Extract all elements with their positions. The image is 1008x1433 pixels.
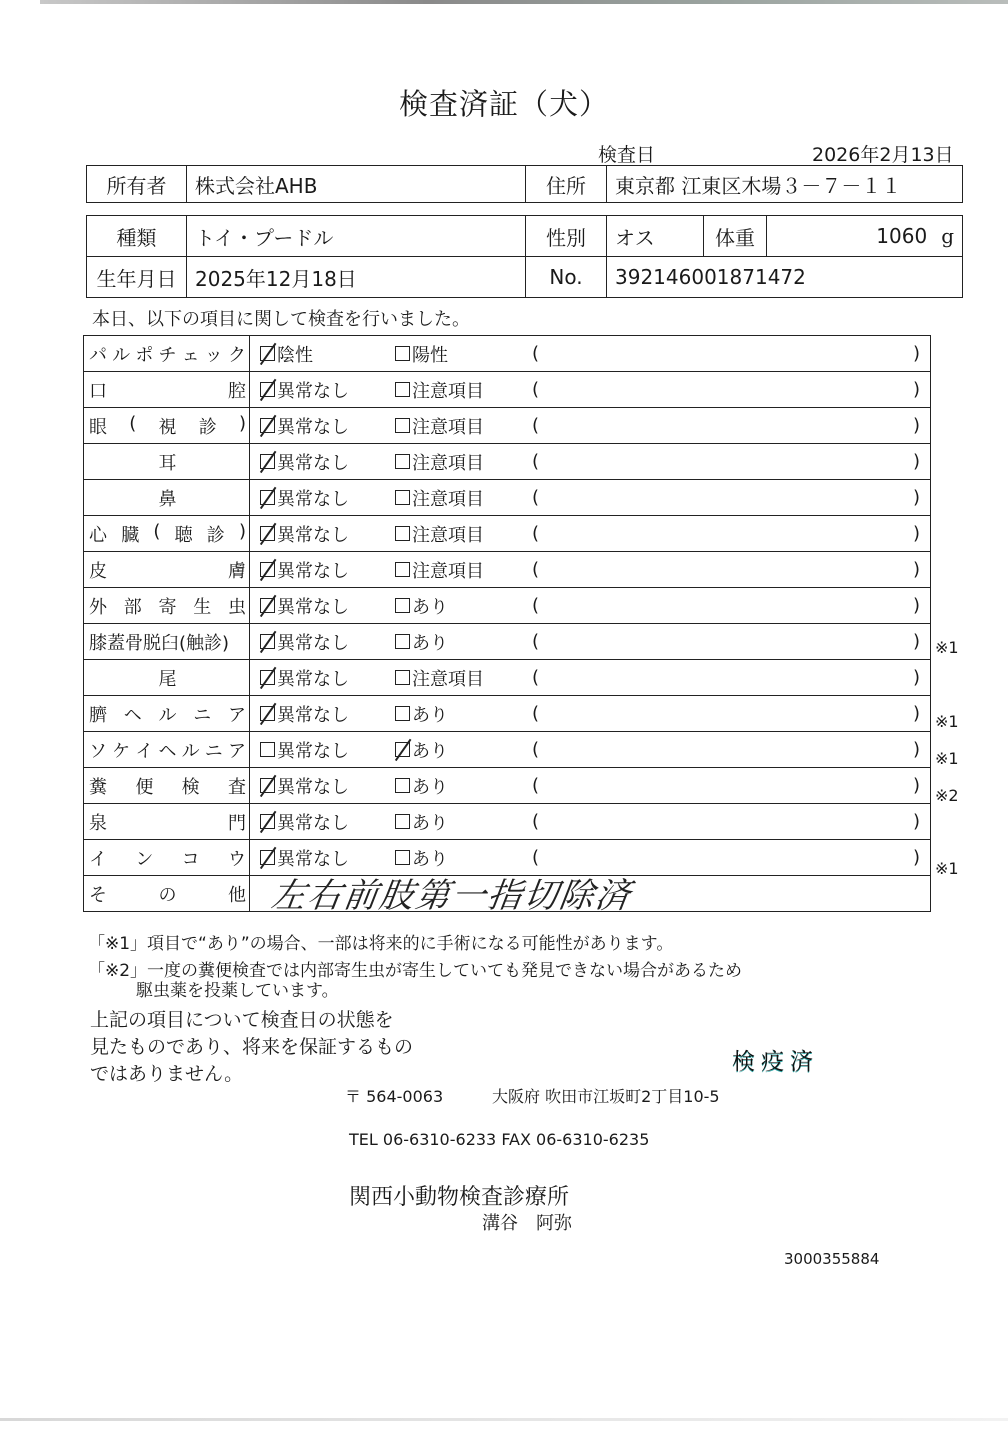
option-normal[interactable]: 異常なし [250,701,395,727]
checklist-options: 異常なし 注意項目 ( ) [250,444,931,480]
checklist-item-label: 尾 [84,660,250,696]
breed-label: 種類 [87,216,187,257]
checkbox-icon[interactable] [395,346,410,361]
checklist-item-label: 耳 [84,444,250,480]
label-char: 耳 [159,449,177,475]
option-normal[interactable]: 異常なし [250,449,395,475]
checklist-row: パルポチェック 陰性 陽性 ( ) [84,336,931,372]
option-label: 注意項目 [412,485,484,511]
option-label: あり [412,701,448,727]
exam-date-label: 検査日 [598,140,655,167]
option-normal[interactable]: 異常なし [250,521,395,547]
remarks-open-paren: ( [530,847,912,868]
checklist-item-label: 皮膚 [84,552,250,588]
checklist-options: 異常なし 注意項目 ( ) [250,552,931,588]
remarks-close-paren: ) [913,703,930,724]
label-char: ン [135,845,153,871]
checkbox-icon[interactable] [395,490,410,505]
remarks-open-paren: ( [530,451,912,472]
checklist-table: パルポチェック 陰性 陽性 ( ) 口腔 異常なし 注意項目 ( ) 眼(視診)… [83,335,931,912]
checkbox-icon[interactable] [260,634,275,649]
label-char: ル [159,701,177,727]
remarks-close-paren: ) [913,667,930,688]
checkbox-icon[interactable] [260,814,275,829]
checklist-row: 眼(視診) 異常なし 注意項目 ( ) [84,408,931,444]
label-char: チ [158,341,176,367]
label-char: 尾 [159,665,177,691]
checkbox-icon[interactable] [260,526,275,541]
checklist-row: 尾 異常なし 注意項目 ( ) [84,660,931,696]
option-label: 異常なし [277,701,349,727]
label-char: 視 [159,413,177,439]
label-char: 聴 [175,521,193,547]
option-label: 異常なし [277,557,349,583]
footnote-mark: ※1 [935,712,959,731]
disclaimer-line-2: 見たものであり、将来を保証するもの [90,1032,413,1059]
label-char: 診 [207,521,225,547]
checklist-item-label: 泉門 [84,804,250,840]
checklist-item-label: ソケイヘルニア [84,732,250,768]
remarks-close-paren: ) [913,523,930,544]
option-label: 注意項目 [412,557,484,583]
remarks-close-paren: ) [913,739,930,760]
option-normal[interactable]: 異常なし [250,809,395,835]
weight-value: 1060 [876,224,927,248]
checklist-options: 異常なし あり ( ) [250,804,931,840]
checkbox-icon[interactable] [395,418,410,433]
other-remarks-cell: 左右前肢第一指切除済 [250,876,931,912]
checkbox-icon[interactable] [260,382,275,397]
option-label: 異常なし [277,413,349,439]
checklist-item-label: 心臓(聴診) [84,516,250,552]
option-label: あり [412,773,448,799]
option-label: 異常なし [277,773,349,799]
label-char: 腔 [228,377,246,403]
option-label: 注意項目 [412,521,484,547]
checklist-options: 異常なし あり ( ) [250,732,931,768]
remarks-open-paren: ( [530,559,912,580]
label-char: ル [182,737,200,763]
checklist-item-label: 眼(視診) [84,408,250,444]
label-char: 査 [228,773,246,799]
option-abnormal[interactable]: 注意項目 [395,665,530,691]
checkbox-icon[interactable] [260,346,275,361]
label-char: 鼻 [159,485,177,511]
option-abnormal[interactable]: あり [395,701,530,727]
checklist-options: 異常なし 注意項目 ( ) [250,372,931,408]
option-label: 注意項目 [412,665,484,691]
checklist-row: 膝蓋骨脱臼(触診) 異常なし あり ( ) [84,624,931,660]
checklist-item-label: 鼻 [84,480,250,516]
checklist-row: 糞便検査 異常なし あり ( ) [84,768,931,804]
option-abnormal[interactable]: あり [395,593,530,619]
handwritten-note: 左右前肢第一指切除済 [269,868,636,917]
remarks-open-paren: ( [530,739,912,760]
option-label: 異常なし [277,737,349,763]
owner-value: 株式会社AHB [187,166,526,203]
label-char: ア [228,701,246,727]
option-abnormal[interactable]: 注意項目 [395,449,530,475]
scan-edge-top [40,0,1008,4]
clinic-address: 大阪府 吹田市江坂町2丁目10-5 [492,1084,720,1107]
scan-edge-bottom [0,1418,1008,1421]
document-title: 検査済証（犬） [0,82,1008,123]
checkbox-icon[interactable] [260,778,275,793]
option-label: あり [412,845,448,871]
sex-value: オス [607,216,704,257]
checklist-options: 異常なし 注意項目 ( ) [250,480,931,516]
checklist-options: 異常なし 注意項目 ( ) [250,408,931,444]
checklist-item-label: パルポチェック [84,336,250,372]
checkbox-icon[interactable] [260,562,275,577]
option-abnormal[interactable]: あり [395,737,530,763]
address-label: 住所 [526,166,607,203]
label-char: そ [89,881,107,907]
checkbox-icon[interactable] [260,742,275,757]
checkbox-icon[interactable] [395,598,410,613]
clinic-postal-code: 〒 564-0063 [345,1084,443,1107]
checklist-row: 鼻 異常なし 注意項目 ( ) [84,480,931,516]
label-char: 検 [182,773,200,799]
option-abnormal[interactable]: 注意項目 [395,521,530,547]
option-label: 異常なし [277,449,349,475]
label-char: 他 [228,881,246,907]
checkbox-icon[interactable] [260,706,275,721]
footnote-1: 「※1」項目で“あり”の場合、一部は将来的に手術になる可能性があります。 [88,929,673,954]
option-normal[interactable]: 異常なし [250,413,395,439]
sex-label: 性別 [526,216,607,257]
label-char: 便 [135,773,153,799]
checkbox-icon[interactable] [395,706,410,721]
checkbox-icon[interactable] [260,670,275,685]
label-char: ソ [89,737,107,763]
option-normal[interactable]: 異常なし [250,737,395,763]
remarks-open-paren: ( [530,595,912,616]
option-label: 注意項目 [412,413,484,439]
label-char: ポ [135,341,153,367]
exam-notice: 本日、以下の項目に関して検査を行いました。 [92,305,470,331]
remarks-close-paren: ) [913,559,930,580]
option-label: 異常なし [277,809,349,835]
label-char: 眼 [89,413,107,439]
option-normal[interactable]: 異常なし [250,629,395,655]
option-abnormal[interactable]: 注意項目 [395,377,530,403]
footnote-mark: ※1 [935,859,959,878]
remarks-open-paren: ( [530,631,912,652]
label-char: ッ [205,341,223,367]
option-label: あり [412,629,448,655]
checklist-options: 異常なし 注意項目 ( ) [250,516,931,552]
remarks-close-paren: ) [913,379,930,400]
label-char: コ [182,845,200,871]
option-abnormal[interactable]: 注意項目 [395,413,530,439]
label-char: ヘ [158,737,176,763]
checkbox-icon[interactable] [395,742,410,757]
option-abnormal[interactable]: 陽性 [395,341,530,367]
footnote-2-cont: 駆虫薬を投薬しています。 [136,976,339,1001]
clinic-name: 関西小動物検査診療所 [349,1180,569,1211]
label-char: ア [228,737,246,763]
checklist-row: 外部寄生虫 異常なし あり ( ) [84,588,931,624]
breed-value: トイ・プードル [187,216,526,257]
label-char: 寄 [159,593,177,619]
option-normal[interactable]: 異常なし [250,665,395,691]
remarks-open-paren: ( [530,379,912,400]
microchip-number: 392146001871472 [607,257,963,298]
option-label: 異常なし [277,485,349,511]
option-label: 陰性 [277,341,313,367]
remarks-open-paren: ( [530,703,912,724]
checkbox-icon[interactable] [395,382,410,397]
doctor-name: 溝谷 阿弥 [482,1209,572,1235]
birth-value: 2025年12月18日 [187,257,526,298]
checkbox-icon[interactable] [395,562,410,577]
remarks-close-paren: ) [913,847,930,868]
remarks-close-paren: ) [913,811,930,832]
checkbox-icon[interactable] [395,778,410,793]
option-label: 異常なし [277,845,349,871]
checklist-options: 異常なし あり ( ) [250,696,931,732]
label-char: 心 [89,521,107,547]
label-char: 泉 [89,809,107,835]
checklist-item-label: 膝蓋骨脱臼(触診) [84,624,250,660]
checklist-item-label: 臍ヘルニア [84,696,250,732]
checklist-row: 口腔 異常なし 注意項目 ( ) [84,372,931,408]
weight-unit: g [941,224,954,248]
serial-number: 3000355884 [784,1250,879,1268]
checklist-options: 異常なし あり ( ) [250,768,931,804]
disclaimer-line-1: 上記の項目について検査日の状態を [90,1005,394,1032]
option-abnormal[interactable]: あり [395,773,530,799]
label-char: ニ [193,701,211,727]
label-char: ( [153,521,160,547]
checkbox-icon[interactable] [260,490,275,505]
owner-table: 所有者 株式会社AHB 住所 東京都 江東区木場３－７－１１ [86,165,963,203]
option-normal[interactable]: 異常なし [250,593,395,619]
option-label: 異常なし [277,665,349,691]
remarks-open-paren: ( [530,523,912,544]
remarks-open-paren: ( [530,415,912,436]
remarks-close-paren: ) [913,343,930,364]
remarks-close-paren: ) [913,415,930,436]
checklist-row: 心臓(聴診) 異常なし 注意項目 ( ) [84,516,931,552]
option-label: 陽性 [412,341,448,367]
checkbox-icon[interactable] [260,418,275,433]
checkbox-icon[interactable] [260,850,275,865]
label-char: イ [135,737,153,763]
option-label: あり [412,809,448,835]
label-char: ニ [205,737,223,763]
disclaimer-line-3: ではありません。 [90,1059,243,1086]
weight-cell: 1060g [767,216,963,257]
option-abnormal[interactable]: 注意項目 [395,557,530,583]
label-char: 糞 [89,773,107,799]
label-char: ル [112,341,130,367]
checklist-item-label: 外部寄生虫 [84,588,250,624]
option-abnormal[interactable]: あり [395,629,530,655]
label-char: 皮 [89,557,107,583]
label-char: 部 [124,593,142,619]
number-label: No. [526,257,607,298]
remarks-open-paren: ( [530,667,912,688]
option-label: 異常なし [277,377,349,403]
label-char: ) [239,413,246,439]
label-char: ( [129,413,136,439]
remarks-open-paren: ( [530,811,912,832]
checklist-row: 耳 異常なし 注意項目 ( ) [84,444,931,480]
checklist-options: 陰性 陽性 ( ) [250,336,931,372]
checklist-row-other: その他左右前肢第一指切除済 [84,876,931,912]
label-char: ェ [182,341,200,367]
checkbox-icon[interactable] [260,454,275,469]
label-char: ク [228,341,246,367]
owner-label: 所有者 [87,166,187,203]
label-char: パ [89,341,107,367]
label-char: イ [89,845,107,871]
checkbox-icon[interactable] [395,814,410,829]
quarantine-stamp: 検疫済 [732,1043,819,1076]
option-normal[interactable]: 異常なし [250,557,395,583]
option-normal[interactable]: 異常なし [250,377,395,403]
checkbox-icon[interactable] [395,634,410,649]
option-normal[interactable]: 異常なし [250,773,395,799]
remarks-close-paren: ) [913,775,930,796]
option-label: あり [412,737,448,763]
checklist-item-label: その他 [84,876,250,912]
checkbox-icon[interactable] [395,526,410,541]
label-char: の [159,881,177,907]
option-abnormal[interactable]: あり [395,809,530,835]
label-char: ケ [112,737,130,763]
label-char: ヘ [124,701,142,727]
checklist-item-label: 口腔 [84,372,250,408]
remarks-close-paren: ) [913,451,930,472]
option-normal[interactable]: 陰性 [250,341,395,367]
checkbox-icon[interactable] [395,850,410,865]
label-char: ) [239,521,246,547]
label-char: 外 [89,593,107,619]
option-label: 異常なし [277,593,349,619]
checklist-item-label: 糞便検査 [84,768,250,804]
option-label: あり [412,593,448,619]
exam-date: 2026年2月13日 [812,140,954,167]
checklist-item-label: インコウ [84,840,250,876]
label-char: 膚 [228,557,246,583]
remarks-close-paren: ) [913,631,930,652]
footnote-mark: ※2 [935,786,959,805]
checkbox-icon[interactable] [395,670,410,685]
remarks-close-paren: ) [913,487,930,508]
checkbox-icon[interactable] [260,598,275,613]
weight-label: 体重 [704,216,767,257]
birth-label: 生年月日 [87,257,187,298]
checklist-options: 異常なし あり ( ) [250,588,931,624]
checklist-row: 泉門 異常なし あり ( ) [84,804,931,840]
option-label: 注意項目 [412,377,484,403]
clinic-phone-fax: TEL 06-6310-6233 FAX 06-6310-6235 [349,1130,649,1149]
option-label: 異常なし [277,629,349,655]
label-char: 門 [228,809,246,835]
checklist-options: 異常なし 注意項目 ( ) [250,660,931,696]
remarks-open-paren: ( [530,487,912,508]
footnote-mark: ※1 [935,638,959,657]
option-normal[interactable]: 異常なし [250,845,395,871]
option-normal[interactable]: 異常なし [250,485,395,511]
option-abnormal[interactable]: 注意項目 [395,485,530,511]
label-char: ウ [228,845,246,871]
address-value: 東京都 江東区木場３－７－１１ [607,166,963,203]
label-char: 虫 [228,593,246,619]
option-abnormal[interactable]: あり [395,845,530,871]
remarks-close-paren: ) [913,595,930,616]
checklist-row: 臍ヘルニア 異常なし あり ( ) [84,696,931,732]
pet-table: 種類 トイ・プードル 性別 オス 体重 1060g 生年月日 2025年12月1… [86,215,963,298]
checklist-row: 皮膚 異常なし 注意項目 ( ) [84,552,931,588]
option-label: 異常なし [277,521,349,547]
label-char: 口 [89,377,107,403]
label-char: 生 [193,593,211,619]
checkbox-icon[interactable] [395,454,410,469]
label-char: 臓 [121,521,139,547]
footnote-mark: ※1 [935,749,959,768]
label-char: 膝蓋骨脱臼(触診) [89,629,229,655]
remarks-open-paren: ( [530,343,912,364]
checklist-row: ソケイヘルニア 異常なし あり ( ) [84,732,931,768]
checklist-options: 異常なし あり ( ) [250,624,931,660]
label-char: 臍 [89,701,107,727]
remarks-open-paren: ( [530,775,912,796]
label-char: 診 [199,413,217,439]
option-label: 注意項目 [412,449,484,475]
